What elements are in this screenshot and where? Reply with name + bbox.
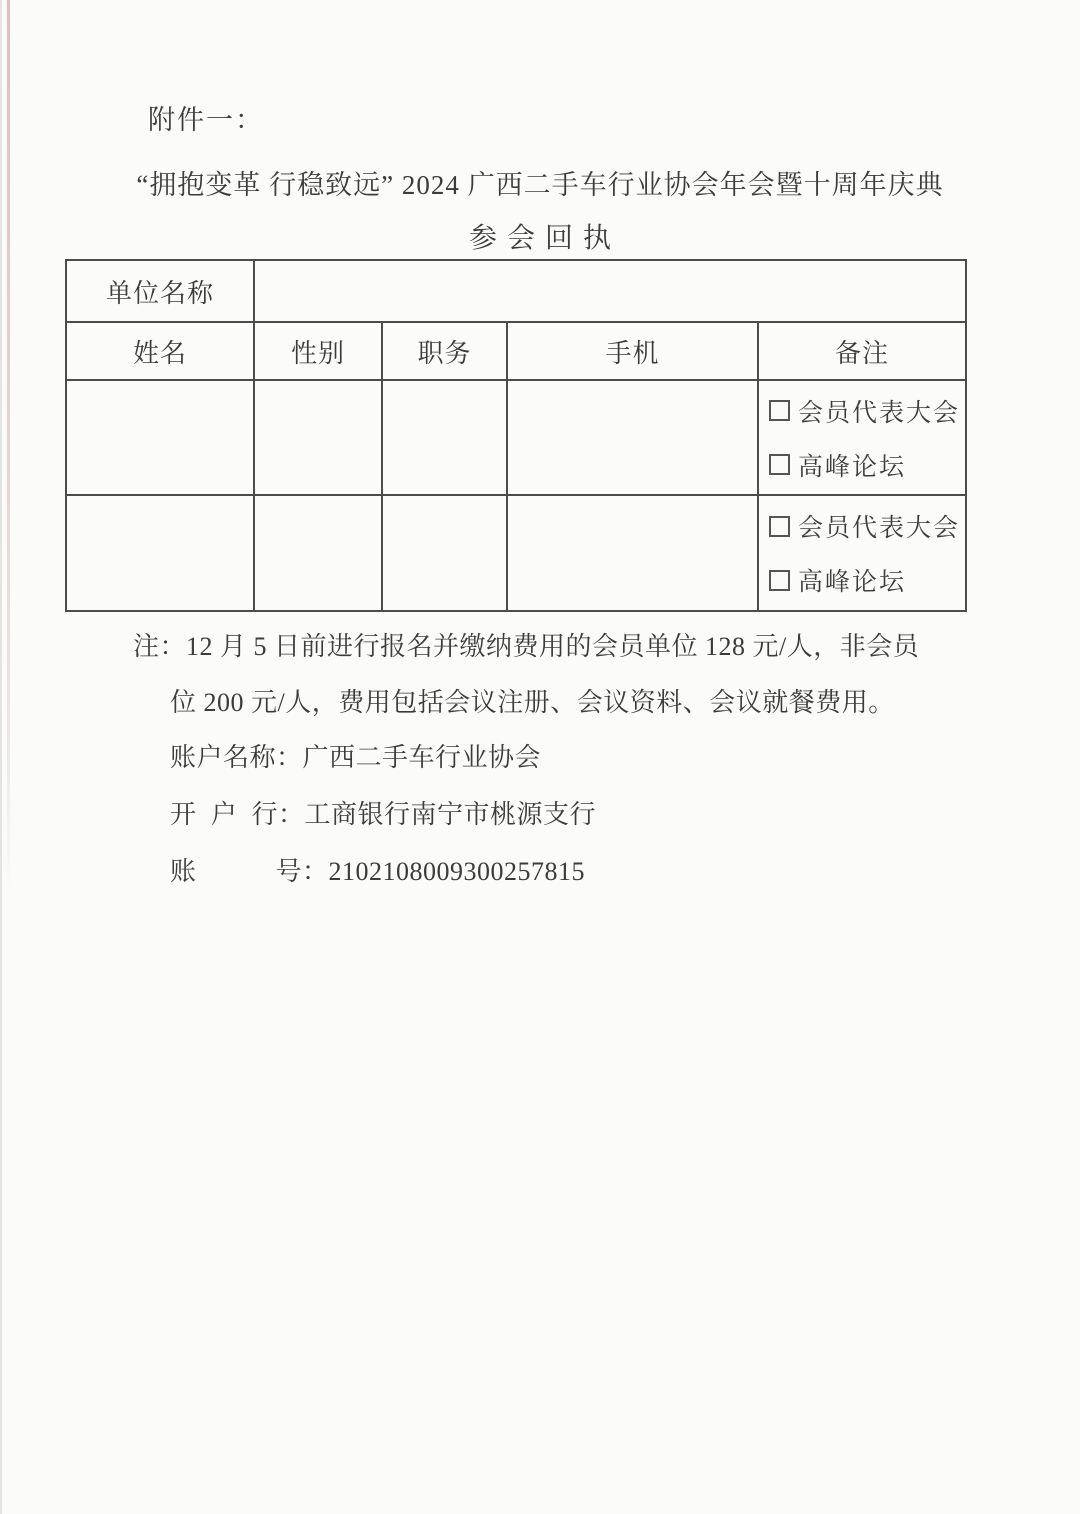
remarks-cell: 会员代表大会 高峰论坛 <box>758 380 966 495</box>
col-header-mobile: 手机 <box>507 322 758 380</box>
unit-name-row: 单位名称 <box>66 260 966 322</box>
colon: ： <box>278 800 305 829</box>
mobile-input-cell[interactable] <box>507 495 758 611</box>
bank-value: 工商银行南宁市桃源支行 <box>305 800 597 829</box>
reply-form-table: 单位名称 姓名 性别 职务 手机 备注 会员代表大会 <box>65 259 967 612</box>
document-title: “拥抱变革 行稳致远” 2024 广西二手车行业协会年会暨十周年庆典 <box>0 168 1080 203</box>
unit-name-input-cell[interactable] <box>254 260 966 322</box>
mobile-input-cell[interactable] <box>507 380 758 495</box>
document-subtitle: 参会回执 <box>0 221 1080 257</box>
bank-label: 开户行 <box>170 799 278 832</box>
table-header-row: 姓名 性别 职务 手机 备注 <box>66 322 966 380</box>
account-name-value: 广西二手车行业协会 <box>303 743 542 772</box>
unit-name-label: 单位名称 <box>66 260 254 322</box>
table-row: 会员代表大会 高峰论坛 <box>66 495 966 611</box>
checkbox-icon[interactable] <box>769 454 790 475</box>
account-number-line: 账号：2102108009300257815 <box>170 856 585 889</box>
attachment-label: 附件一： <box>148 104 264 136</box>
checkbox-icon[interactable] <box>769 570 790 591</box>
scan-pink-line-artifact <box>7 0 10 892</box>
position-input-cell[interactable] <box>382 495 507 611</box>
remark-option-member-congress[interactable]: 会员代表大会 <box>769 499 965 553</box>
bank-line: 开户行：工商银行南宁市桃源支行 <box>170 799 596 832</box>
colon: ： <box>276 743 303 772</box>
fee-note-line-1: 注：12 月 5 日前进行报名并缴纳费用的会员单位 128 元/人，非会员 <box>133 631 919 664</box>
remarks-cell: 会员代表大会 高峰论坛 <box>758 495 966 611</box>
colon: ： <box>302 857 329 886</box>
remark-option-member-congress[interactable]: 会员代表大会 <box>769 384 965 438</box>
gender-input-cell[interactable] <box>254 380 382 495</box>
remark-option-summit-forum[interactable]: 高峰论坛 <box>769 438 965 492</box>
account-name-label: 账户名称 <box>170 743 276 772</box>
scanned-document-page: 附件一： “拥抱变革 行稳致远” 2024 广西二手车行业协会年会暨十周年庆典 … <box>0 0 1080 1514</box>
account-number-value: 2102108009300257815 <box>329 857 586 886</box>
checkbox-icon[interactable] <box>769 400 790 421</box>
name-input-cell[interactable] <box>66 380 254 495</box>
table-row: 会员代表大会 高峰论坛 <box>66 380 966 495</box>
account-name-line: 账户名称：广西二手车行业协会 <box>170 742 541 775</box>
name-input-cell[interactable] <box>66 495 254 611</box>
checkbox-icon[interactable] <box>769 516 790 537</box>
checkbox-label: 会员代表大会 <box>798 393 960 429</box>
checkbox-label: 高峰论坛 <box>798 562 906 598</box>
remark-option-summit-forum[interactable]: 高峰论坛 <box>769 553 965 607</box>
position-input-cell[interactable] <box>382 380 507 495</box>
col-header-remarks: 备注 <box>758 322 966 380</box>
col-header-name: 姓名 <box>66 322 254 380</box>
gender-input-cell[interactable] <box>254 495 382 611</box>
checkbox-label: 会员代表大会 <box>798 508 960 544</box>
account-number-label: 账号 <box>170 856 302 889</box>
checkbox-label: 高峰论坛 <box>798 447 906 483</box>
fee-note-line-2: 位 200 元/人，费用包括会议注册、会议资料、会议就餐费用。 <box>170 687 895 720</box>
col-header-gender: 性别 <box>254 322 382 380</box>
col-header-position: 职务 <box>382 322 507 380</box>
